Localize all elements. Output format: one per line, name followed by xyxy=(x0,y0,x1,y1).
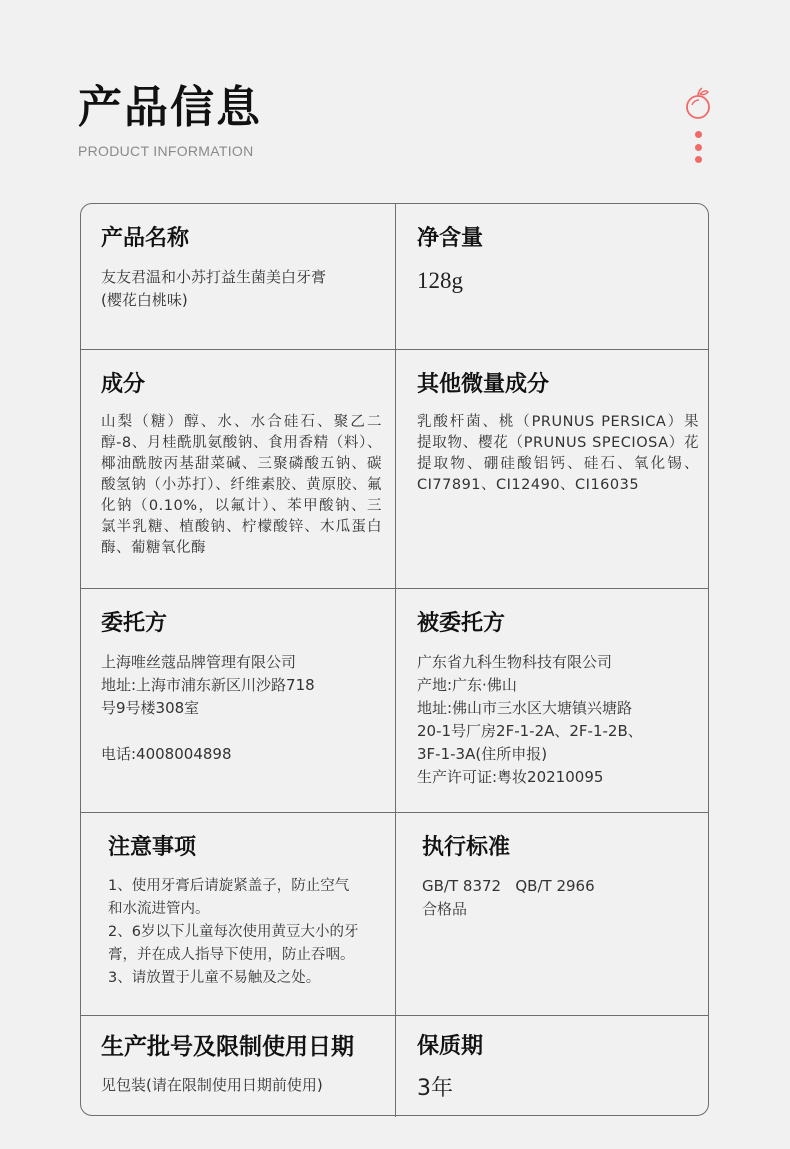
row-product-name: 产品名称 友友君温和小苏打益生菌美白牙膏 (樱花白桃味) 净含量 128g xyxy=(81,204,708,349)
cell-heading: 执行标准 xyxy=(422,831,698,865)
precaution-line: 1、使用牙膏后请旋紧盖子，防止空气 xyxy=(108,875,387,898)
precaution-line: 和水流进管内。 xyxy=(108,898,387,921)
cell-shelf-life: 保质期 3年 xyxy=(396,1016,708,1117)
cell-net-content: 净含量 128g xyxy=(396,204,708,349)
decoration xyxy=(683,86,715,166)
manufacturer-origin: 产地:广东·佛山 xyxy=(417,674,698,697)
dot-1 xyxy=(695,131,702,138)
cell-manufacturer: 被委托方 广东省九科生物科技有限公司 产地:广东·佛山 地址:佛山市三水区大塘镇… xyxy=(396,589,708,813)
cell-product-name: 产品名称 友友君温和小苏打益生菌美白牙膏 (樱花白桃味) xyxy=(81,204,395,349)
manufacturer-company: 广东省九科生物科技有限公司 xyxy=(417,651,698,674)
cell-heading: 产品名称 xyxy=(101,222,387,256)
row-ingredients: 成分 山梨（糖）醇、水、水合硅石、聚乙二醇-8、月桂酰肌氨酸钠、食用香精（料）、… xyxy=(81,349,708,589)
batch-info: 见包装(请在限制使用日期前使用) xyxy=(101,1074,387,1097)
cell-body: 上海唯丝蔻品牌管理有限公司 地址:上海市浦东新区川沙路718 号9号楼308室 … xyxy=(101,651,387,766)
cell-body: 见包装(请在限制使用日期前使用) xyxy=(101,1074,387,1097)
dot-2 xyxy=(695,144,702,151)
production-license: 生产许可证:粤妆20210095 xyxy=(417,766,698,789)
cell-standard: 执行标准 GB/T 8372 QB/T 2966 合格品 xyxy=(396,813,708,1016)
cell-heading: 生产批号及限制使用日期 xyxy=(101,1030,387,1064)
cell-body: 广东省九科生物科技有限公司 产地:广东·佛山 地址:佛山市三水区大塘镇兴塘路 2… xyxy=(417,651,698,789)
product-info-table: 产品名称 友友君温和小苏打益生菌美白牙膏 (樱花白桃味) 净含量 128g 成分… xyxy=(80,203,709,1116)
client-address: 地址:上海市浦东新区川沙路718 xyxy=(101,674,387,697)
text-line: 友友君温和小苏打益生菌美白牙膏 xyxy=(101,266,387,289)
peach-icon xyxy=(683,86,715,120)
cell-precautions: 注意事项 1、使用牙膏后请旋紧盖子，防止空气 和水流进管内。 2、6岁以下儿童每… xyxy=(81,813,395,1016)
cell-body: 1、使用牙膏后请旋紧盖子，防止空气 和水流进管内。 2、6岁以下儿童每次使用黄豆… xyxy=(108,875,387,990)
shelf-life-value: 3年 xyxy=(417,1074,698,1104)
manufacturer-address: 3F-1-3A(住所申报) xyxy=(417,743,698,766)
net-content-value: 128g xyxy=(417,266,698,296)
text-line: (樱花白桃味) xyxy=(101,289,387,312)
cell-ingredients: 成分 山梨（糖）醇、水、水合硅石、聚乙二醇-8、月桂酰肌氨酸钠、食用香精（料）、… xyxy=(81,350,395,589)
cell-trace-ingredients: 其他微量成分 乳酸杆菌、桃（PRUNUS PERSICA）果提取物、樱花（PRU… xyxy=(396,350,708,589)
cell-batch-number: 生产批号及限制使用日期 见包装(请在限制使用日期前使用) xyxy=(81,1016,395,1117)
manufacturer-address: 地址:佛山市三水区大塘镇兴塘路 xyxy=(417,697,698,720)
cell-body: 友友君温和小苏打益生菌美白牙膏 (樱花白桃味) xyxy=(101,266,387,312)
precaution-line: 2、6岁以下儿童每次使用黄豆大小的牙 xyxy=(108,921,387,944)
cell-heading: 注意事项 xyxy=(108,831,387,865)
precaution-line: 3、请放置于儿童不易触及之处。 xyxy=(108,967,387,990)
row-parties: 委托方 上海唯丝蔻品牌管理有限公司 地址:上海市浦东新区川沙路718 号9号楼3… xyxy=(81,588,708,813)
client-company: 上海唯丝蔻品牌管理有限公司 xyxy=(101,651,387,674)
cell-body: GB/T 8372 QB/T 2966 合格品 xyxy=(422,875,698,921)
client-phone: 电话:4008004898 xyxy=(101,743,387,766)
cell-heading: 净含量 xyxy=(417,222,698,256)
dot-3 xyxy=(695,156,702,163)
cell-client: 委托方 上海唯丝蔻品牌管理有限公司 地址:上海市浦东新区川沙路718 号9号楼3… xyxy=(81,589,395,813)
manufacturer-address: 20-1号厂房2F-1-2A、2F-1-2B、 xyxy=(417,720,698,743)
cell-heading: 其他微量成分 xyxy=(417,368,698,402)
cell-heading: 委托方 xyxy=(101,607,387,641)
row-notes: 注意事项 1、使用牙膏后请旋紧盖子，防止空气 和水流进管内。 2、6岁以下儿童每… xyxy=(81,812,708,1016)
cell-heading: 被委托方 xyxy=(417,607,698,641)
ingredients-text: 山梨（糖）醇、水、水合硅石、聚乙二醇-8、月桂酰肌氨酸钠、食用香精（料）、椰油酰… xyxy=(101,412,382,559)
client-address: 号9号楼308室 xyxy=(101,697,387,720)
quality-grade: 合格品 xyxy=(422,898,698,921)
trace-ingredients-text: 乳酸杆菌、桃（PRUNUS PERSICA）果提取物、樱花（PRUNUS SPE… xyxy=(417,412,699,496)
standard-codes: GB/T 8372 QB/T 2966 xyxy=(422,875,698,898)
precaution-line: 膏，并在成人指导下使用，防止吞咽。 xyxy=(108,944,387,967)
page-subtitle: PRODUCT INFORMATION xyxy=(78,143,254,159)
spacer xyxy=(101,720,387,743)
row-batch-shelf-life: 生产批号及限制使用日期 见包装(请在限制使用日期前使用) 保质期 3年 xyxy=(81,1015,708,1117)
cell-heading: 成分 xyxy=(101,368,387,402)
cell-heading: 保质期 xyxy=(417,1030,698,1064)
page-title: 产品信息 xyxy=(78,80,262,136)
